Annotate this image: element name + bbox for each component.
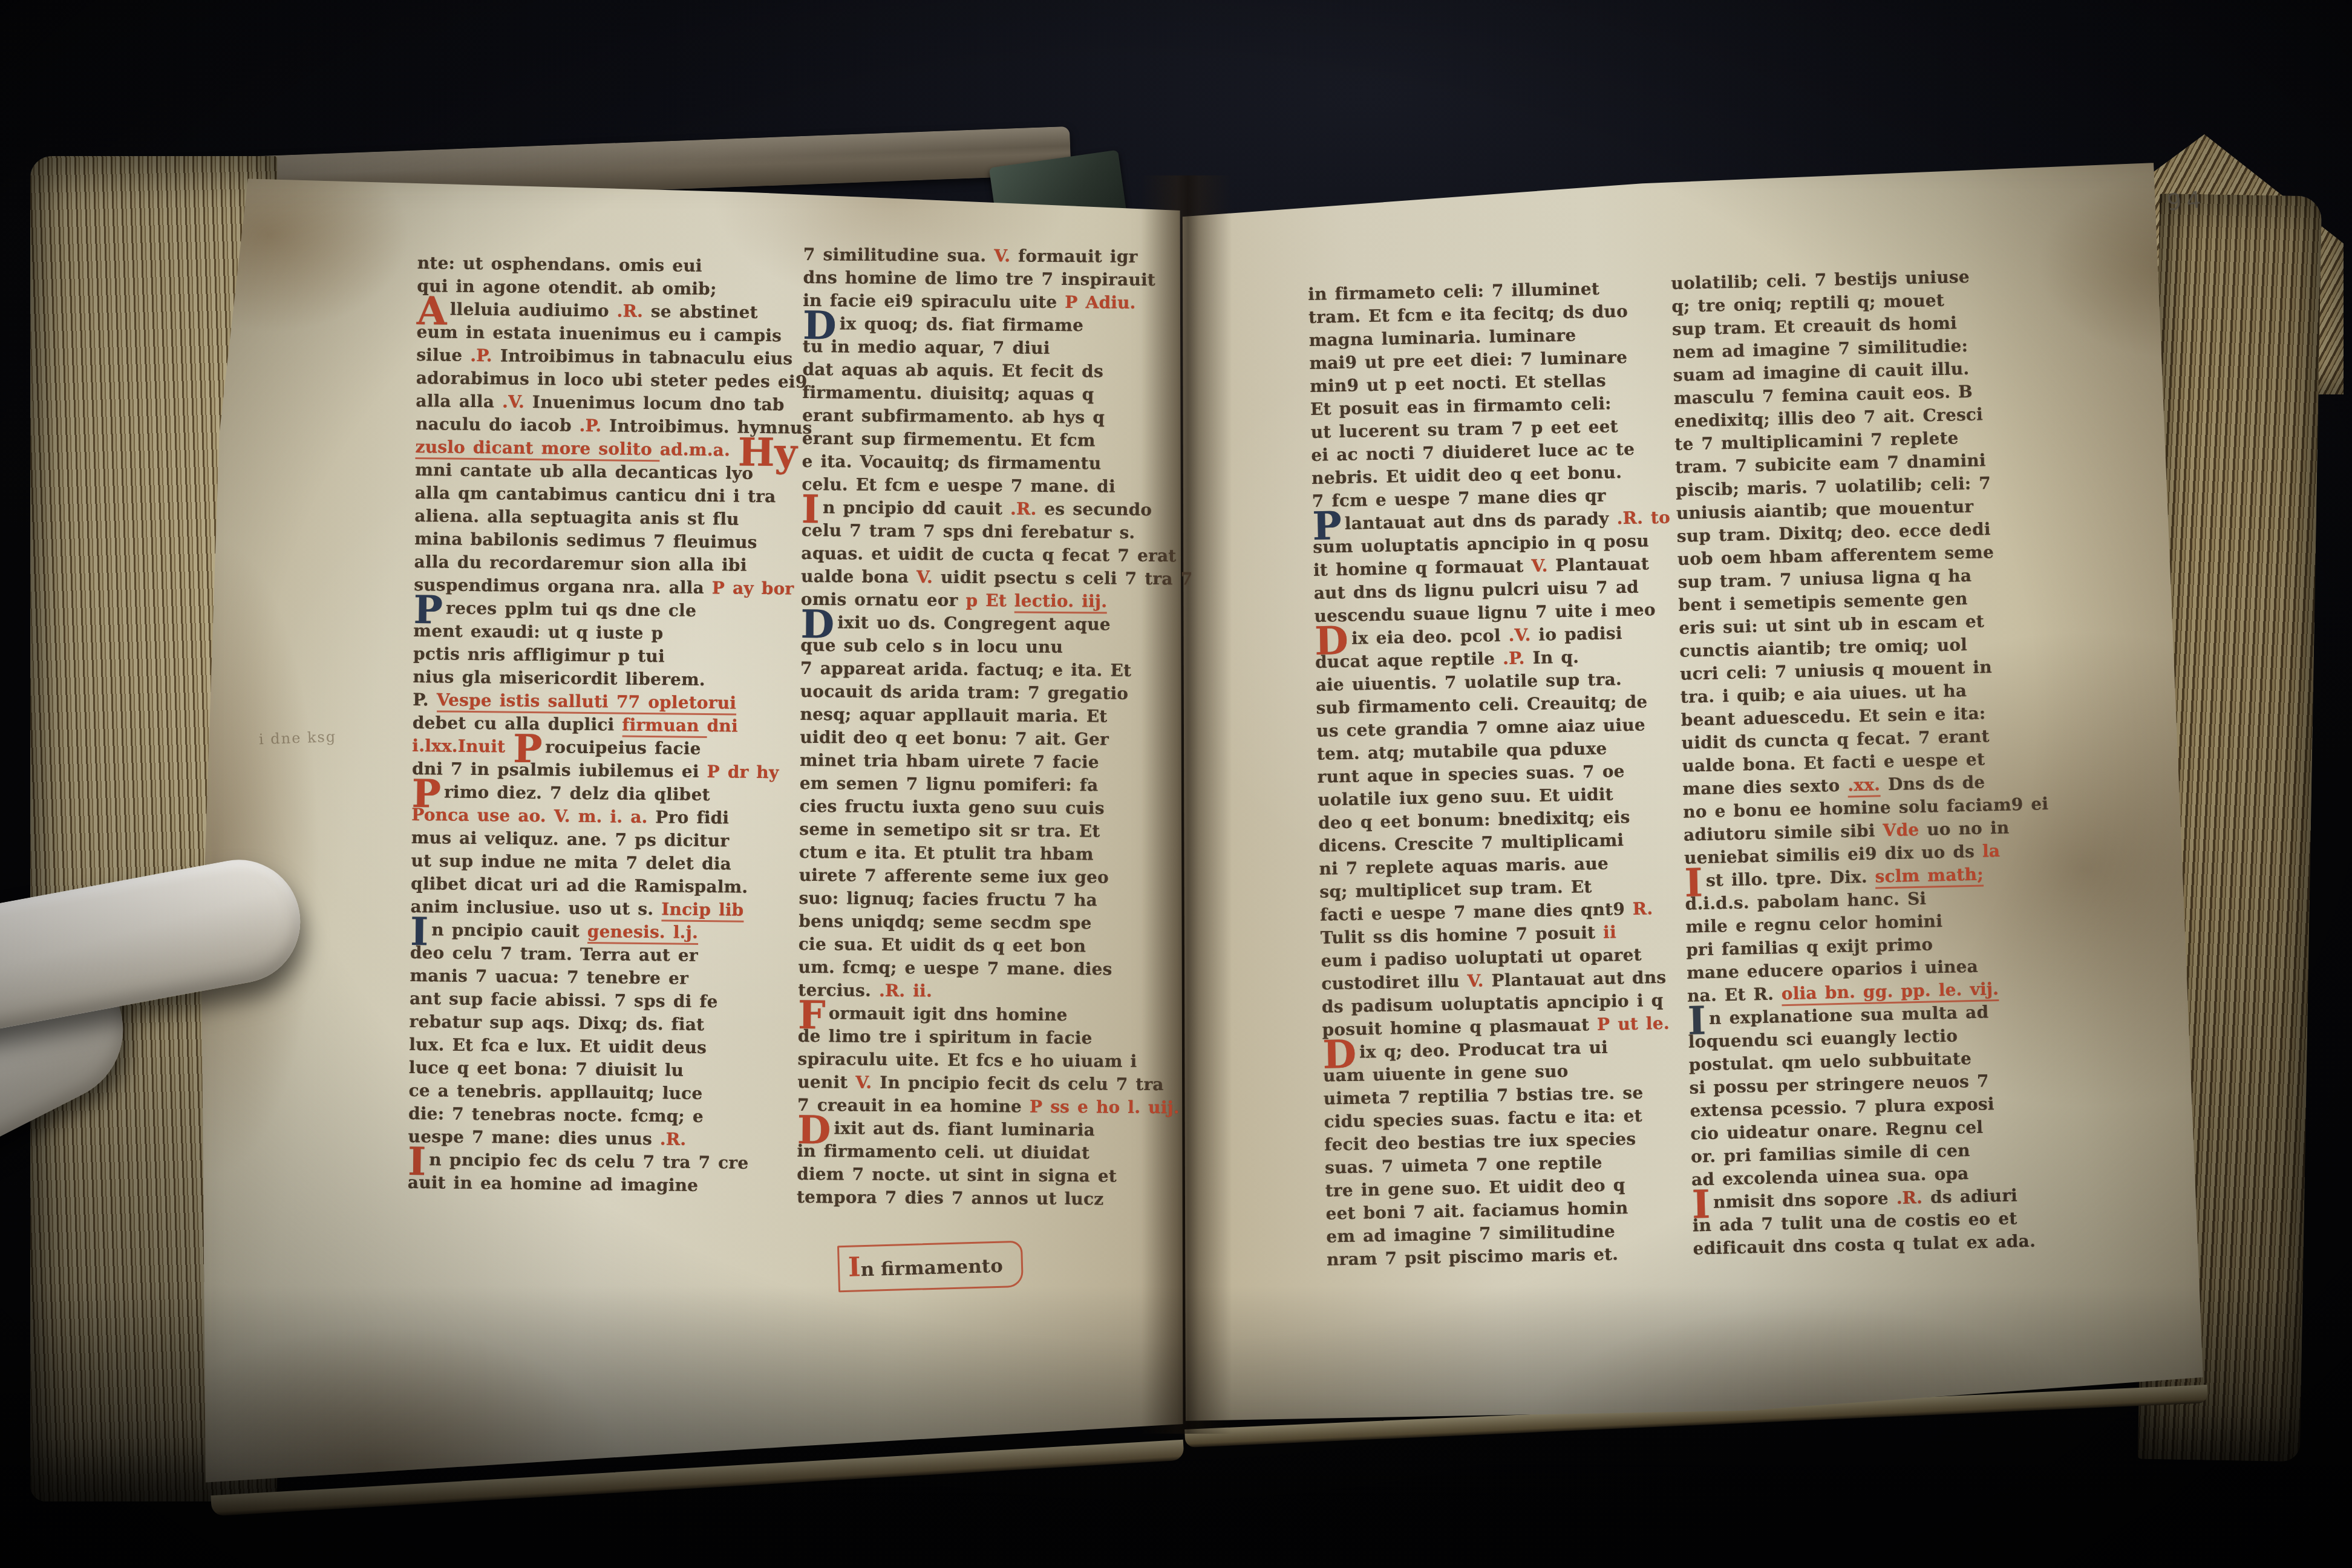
- manuscript-text-line: seme in semetipo sit sr tra. Et: [799, 819, 1186, 844]
- left-page-column-1: nte: ut osphendans. omis euiqui in agone…: [408, 253, 805, 1200]
- manuscript-text-line: 7 appareat arida. factuq; e ita. Et: [800, 658, 1187, 684]
- manuscript-text-line: zuslo dicant more solito ad.m.a. Hy: [415, 437, 802, 464]
- manuscript-text-line: in firmamento celi. ut diuidat: [797, 1141, 1184, 1166]
- manuscript-text-line: nius gla misericordit liberem.: [413, 667, 800, 694]
- manuscript-text-line: auit in ea homine ad imagine: [408, 1172, 795, 1200]
- manuscript-text-line: dni 7 in psalmis iubilemus ei P dr hy: [412, 759, 799, 786]
- manuscript-text-line: qlibet dicat uri ad die Ramispalm.: [411, 874, 798, 901]
- manuscript-text-line: uirete 7 afferente seme iux geo: [799, 865, 1186, 890]
- manuscript-text-line: mina babilonis sedimus 7 fleuimus: [414, 529, 802, 556]
- manuscript-text-line: firmamentu. diuisitq; aquas q: [802, 382, 1189, 408]
- manuscript-text-line: die: 7 tenebras nocte. fcmq; e: [408, 1103, 795, 1131]
- manuscript-text-line: omis ornatu eor p Et lectio. iij.: [801, 589, 1188, 615]
- catchword-text: n firmamento: [860, 1255, 1003, 1281]
- manuscript-text-line: uenit V. In pncipio fecit ds celu 7 tra: [797, 1072, 1184, 1097]
- manuscript-text-line: tercius. .R. ii.: [798, 980, 1185, 1005]
- manuscript-text-line: In pncipio fec ds celu 7 tra 7 cre: [408, 1149, 795, 1177]
- manuscript-text-line: Ponca use ao. V. m. i. a. Pro fidi: [411, 805, 799, 832]
- manuscript-text-line: Dixit uo ds. Congregent aque: [800, 612, 1187, 638]
- right-page-column-1: in firmameto celi: 7 illuminettram. Et f…: [1308, 277, 1690, 1272]
- manuscript-text-line: ant sup facie abissi. 7 sps di fe: [410, 988, 797, 1016]
- left-page-column-2: 7 similitudine sua. V. formauit igrdns h…: [797, 244, 1191, 1212]
- manuscript-text-line: Dixit aut ds. fiant luminaria: [797, 1118, 1184, 1143]
- manuscript-text-line: erant sup firmementu. Et fcm: [802, 428, 1189, 454]
- folio-number: 94: [2166, 186, 2207, 215]
- manuscript-text-line: Formauit igit dns homine: [798, 1003, 1185, 1028]
- catchword-box: In firmamento: [837, 1241, 1024, 1293]
- manuscript-text-line: Preces pplm tui qs dne cle: [414, 598, 801, 625]
- manuscript-text-line: adorabimus in loco ubi steter pedes ei9: [416, 368, 803, 395]
- manuscript-text-line: uocauit ds arida tram: 7 gregatio: [800, 681, 1187, 707]
- marginal-note: i dne ksg: [259, 728, 337, 748]
- manuscript-text-line: manis 7 uacua: 7 tenebre er: [410, 965, 797, 993]
- manuscript-text-line: erant subfirmamento. ab hys q: [802, 405, 1189, 431]
- manuscript-text-line: debet cu alla duplici firmuan dni: [413, 713, 800, 740]
- manuscript-text-line: diem 7 nocte. ut sint in signa et: [797, 1164, 1184, 1189]
- manuscript-text-line: ut sup indue ne mita 7 delet dia: [411, 851, 798, 878]
- manuscript-text-line: eum in estata inuenimus eu i campis: [416, 322, 803, 349]
- manuscript-text-line: tempora 7 dies 7 annos ut lucz: [797, 1187, 1184, 1212]
- manuscript-text-line: i.lxx.Inuit Procuipeius facie: [412, 736, 799, 763]
- manuscript-text-line: silue .P. Introibimus in tabnaculu eius: [416, 345, 803, 372]
- photo-backdrop: i dne ksg nte: ut osphendans. omis euiqu…: [0, 0, 2352, 1568]
- manuscript-text-line: 7 similitudine sua. V. formauit igr: [803, 244, 1191, 270]
- manuscript-text-line: deo celu 7 tram. Terra aut er: [410, 942, 797, 970]
- manuscript-text-line: spiraculu uite. Et fcs e ho uiuam i: [797, 1049, 1184, 1074]
- manuscript-text-line: ment exaudi: ut q iuste p: [413, 621, 800, 648]
- catchword-initial: I: [848, 1252, 861, 1283]
- manuscript-text-line: nte: ut osphendans. omis eui: [417, 253, 805, 280]
- manuscript-text-line: dns homine de limo tre 7 inspirauit: [803, 267, 1190, 293]
- manuscript-text-line: e ita. Vocauitq; ds firmamentu: [802, 451, 1189, 477]
- manuscript-text-line: in facie ei9 spiraculu uite P Adiu.: [803, 290, 1190, 316]
- manuscript-text-line: alla alla .V. Inuenimus locum dno tab: [416, 391, 803, 418]
- manuscript-text-line: ctum e ita. Et ptulit tra hbam: [799, 842, 1186, 867]
- manuscript-text-line: ualde bona V. uidit psectu s celi 7 tra …: [801, 566, 1188, 592]
- manuscript-text-line: celu. Et fcm e uespe 7 mane. di: [802, 474, 1189, 500]
- manuscript-text-line: um. fcmq; e uespe 7 mane. dies: [799, 957, 1186, 982]
- manuscript-text-line: bens uniqdq; seme secdm spe: [799, 911, 1186, 936]
- manuscript-text-line: cies fructu iuxta geno suu cuis: [799, 796, 1186, 822]
- manuscript-text-line: de limo tre i spiritum in facie: [798, 1026, 1185, 1051]
- manuscript-text-line: suo: lignuq; facies fructu 7 ha: [799, 888, 1186, 913]
- manuscript-text-line: lux. Et fca e lux. Et uidit deus: [409, 1034, 796, 1062]
- manuscript-text-line: anim inclusiue. uso ut s. Incip lib: [410, 897, 797, 924]
- manuscript-text-line: nesq; aquar appllauit maria. Et: [800, 704, 1187, 730]
- manuscript-text-line: celu 7 tram 7 sps dni ferebatur s.: [802, 520, 1189, 546]
- manuscript-text-line: aquas. et uidit de cucta q fecat 7 erat: [801, 543, 1188, 569]
- manuscript-text-line: pctis nris affligimur p tui: [413, 644, 800, 671]
- manuscript-text-line: dat aquas ab aquis. Et fecit ds: [802, 359, 1189, 385]
- manuscript-text-line: P. Vespe istis salluti 77 opletorui: [413, 690, 800, 717]
- manuscript-text-line: suspendimus organa nra. alla P ay bor: [414, 575, 801, 602]
- manuscript-text-line: ce a tenebris. appllauitq; luce: [408, 1080, 795, 1108]
- manuscript-text-line: uidit deo q eet bonu: 7 ait. Ger: [800, 727, 1187, 753]
- manuscript-text-line: tu in medio aquar, 7 diui: [803, 336, 1190, 362]
- manuscript-text-line: que sub celo s in locu unu: [800, 635, 1187, 661]
- manuscript-text-line: em semen 7 lignu pomiferi: fa: [800, 773, 1187, 799]
- manuscript-text-line: cie sua. Et uidit ds q eet bon: [799, 934, 1186, 959]
- manuscript-text-line: Primo diez. 7 delz dia qlibet: [411, 782, 799, 809]
- manuscript-text-line: rebatur sup aqs. Dixq; ds. fiat: [409, 1011, 796, 1039]
- manuscript-text-line: uespe 7 mane: dies unus .R.: [408, 1126, 795, 1154]
- manuscript-text-line: aliena. alla septuagita anis st flu: [414, 506, 802, 533]
- manuscript-text-line: qui in agone otendit. ab omib;: [417, 276, 804, 303]
- manuscript-text-line: mus ai veliquz. ane. 7 ps dicitur: [411, 828, 799, 855]
- manuscript-text-line: Alleluia audiuimo .R. se abstinet: [417, 299, 804, 326]
- manuscript-text-line: 7 creauit in ea homine P ss e ho l. uij.: [797, 1095, 1184, 1120]
- manuscript-text-line: alla du recordaremur sion alla ibi: [414, 552, 801, 579]
- manuscript-text-line: luce q eet bona: 7 diuisit lu: [409, 1057, 796, 1085]
- manuscript-text-line: In pncipio cauit genesis. l.j.: [410, 920, 797, 947]
- manuscript-book: i dne ksg nte: ut osphendans. omis euiqu…: [0, 0, 2352, 1568]
- manuscript-text-line: alla qm cantabimus canticu dni i tra: [415, 483, 802, 510]
- manuscript-text-line: In pncipio dd cauit .R. es secundo: [802, 497, 1189, 523]
- manuscript-text-line: Dix quoq; ds. fiat firmame: [803, 313, 1190, 339]
- manuscript-text-line: minet tria hbam uirete 7 facie: [800, 750, 1187, 776]
- right-page-column-2: uolatilib; celi. 7 bestijs uniuseq; tre …: [1671, 265, 2062, 1261]
